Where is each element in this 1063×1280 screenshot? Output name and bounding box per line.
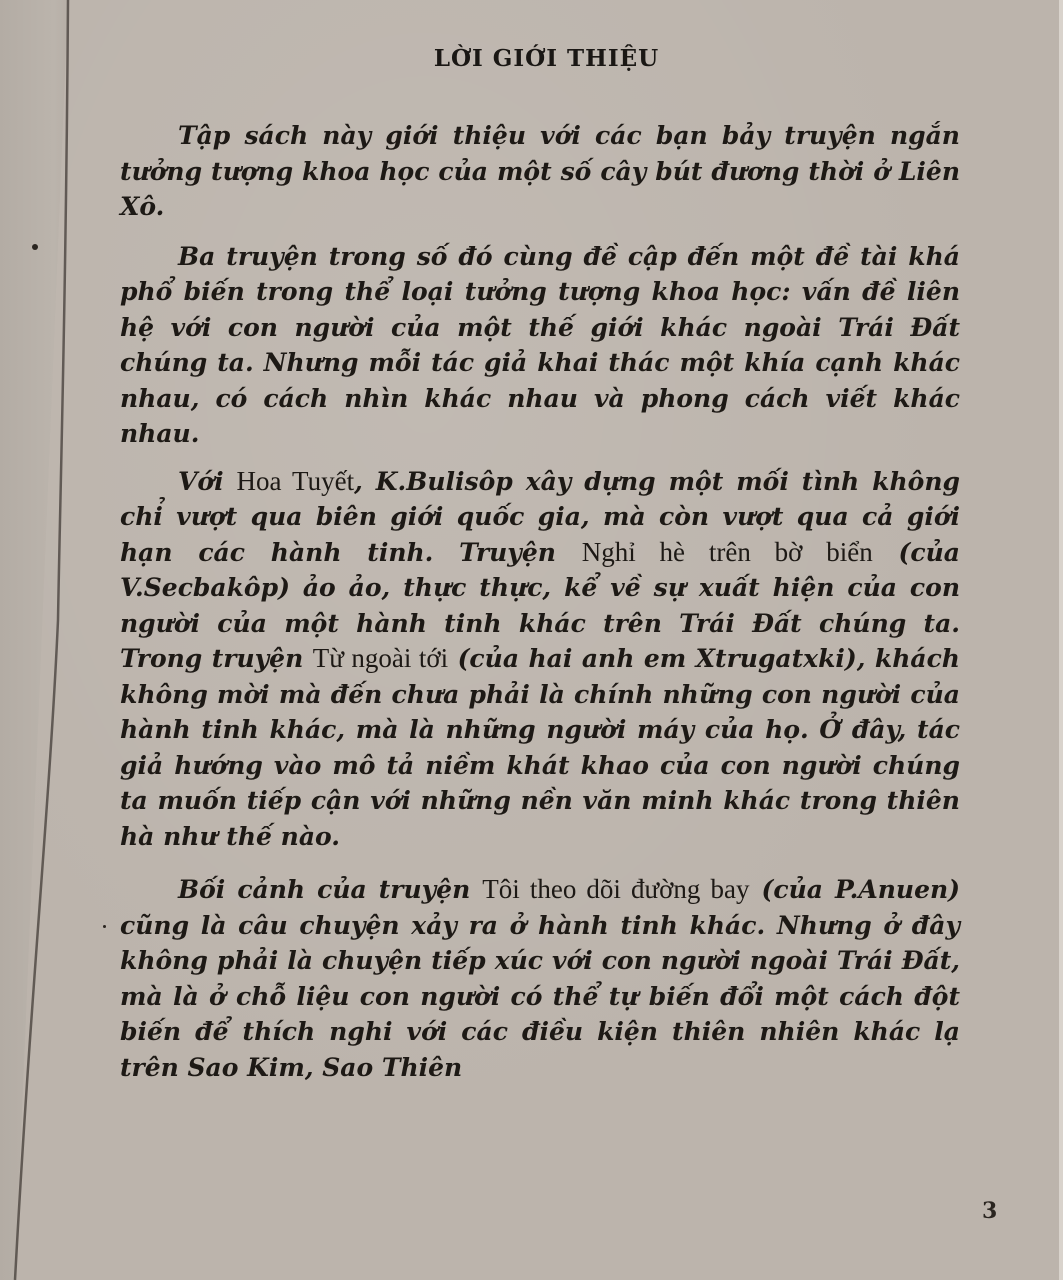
ink-speck xyxy=(103,925,106,928)
page-right-edge xyxy=(1059,0,1063,1280)
paragraph-intro: Tập sách này giới thiệu với các bạn bảy … xyxy=(120,118,960,225)
text-segment: (của P.Anuen) cũng là câu chuyện xảy ra … xyxy=(120,875,960,1082)
text-segment: Ba truyện trong số đó cùng đề cập đến mộ… xyxy=(120,242,960,449)
page-title: LỜI GIỚI THIỆU xyxy=(0,45,1063,72)
ink-speck xyxy=(32,244,38,250)
story-title-tu-ngoai-toi: Từ ngoài tới xyxy=(313,643,448,673)
body-text: Tập sách này giới thiệu với các bạn bảy … xyxy=(120,118,960,1097)
text-segment: Với xyxy=(178,467,237,496)
text-segment: Bối cảnh của truyện xyxy=(178,875,482,904)
paragraph-story-summaries: Với Hoa Tuyết, K.Bulisôp xây dựng một mố… xyxy=(120,464,960,855)
story-title-hoa-tuyet: Hoa Tuyết xyxy=(237,466,355,496)
paragraph-three-stories: Ba truyện trong số đó cùng đề cập đến mộ… xyxy=(120,239,960,452)
text-segment: (của hai anh em Xtrugatxki), khách không… xyxy=(120,644,960,851)
story-title-nghi-he: Nghỉ hè trên bờ biển xyxy=(582,537,873,567)
story-title-toi-theo-doi: Tôi theo dõi đường bay xyxy=(482,874,749,904)
paragraph-flight-path: Bối cảnh của truyện Tôi theo dõi đường b… xyxy=(120,872,960,1085)
text-segment: Tập sách này giới thiệu với các bạn bảy … xyxy=(120,121,960,221)
page-number: 3 xyxy=(982,1198,997,1224)
